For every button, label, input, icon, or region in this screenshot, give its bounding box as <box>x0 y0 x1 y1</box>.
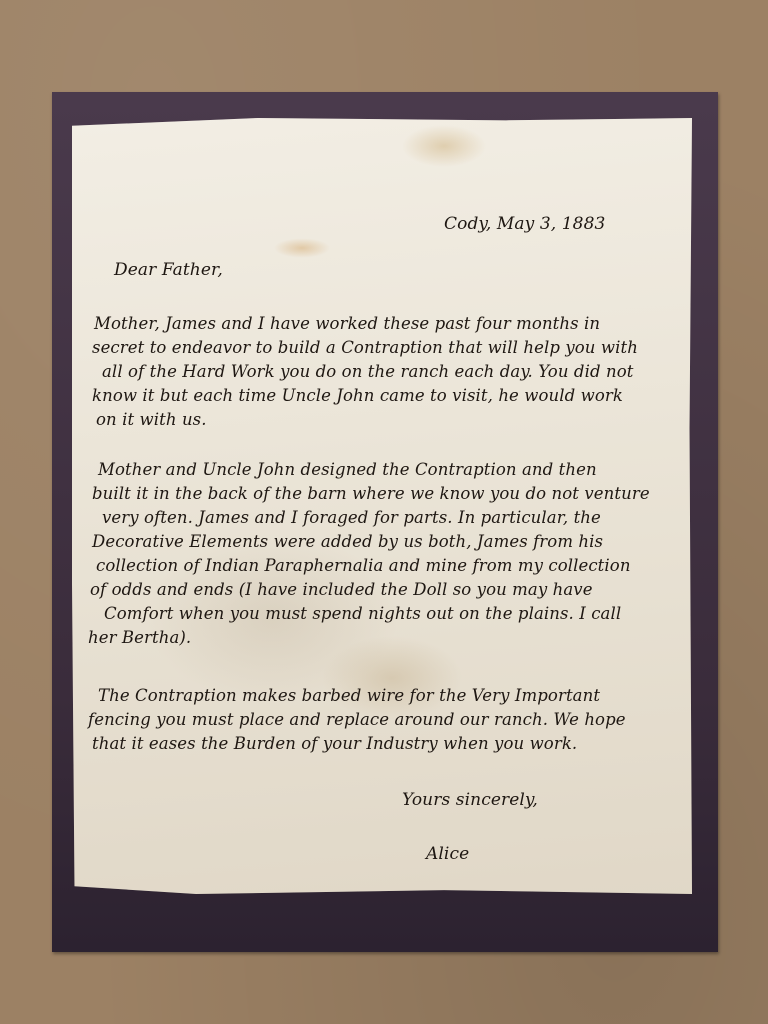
paragraph-3-line-3: that it eases the Burden of your Industr… <box>92 734 577 753</box>
paragraph-2-line-1: Mother and Uncle John designed the Contr… <box>98 460 597 479</box>
paragraph-2-line-4: Decorative Elements were added by us bot… <box>92 532 603 551</box>
paragraph-2-line-5: collection of Indian Paraphernalia and m… <box>96 556 631 575</box>
paragraph-2-line-6: of odds and ends (I have included the Do… <box>90 580 593 599</box>
paragraph-3-line-2: fencing you must place and replace aroun… <box>88 710 626 729</box>
paragraph-2-line-8: her Bertha). <box>88 628 191 647</box>
paragraph-2-line-7: Comfort when you must spend nights out o… <box>104 604 621 623</box>
letter-closing: Yours sincerely, <box>402 790 538 810</box>
paragraph-1-line-2: secret to endeavor to build a Contraptio… <box>92 338 638 357</box>
letter-dateline: Cody, May 3, 1883 <box>444 214 605 234</box>
paragraph-1-line-5: on it with us. <box>96 410 207 429</box>
paragraph-2-line-2: built it in the back of the barn where w… <box>92 484 650 503</box>
letter-signature: Alice <box>426 844 469 864</box>
paragraph-1-line-4: know it but each time Uncle John came to… <box>92 386 623 405</box>
paragraph-1-line-1: Mother, James and I have worked these pa… <box>94 314 600 333</box>
paragraph-2-line-3: very often. James and I foraged for part… <box>102 508 601 527</box>
paragraph-3-line-1: The Contraption makes barbed wire for th… <box>98 686 600 705</box>
paragraph-1-line-3: all of the Hard Work you do on the ranch… <box>102 362 633 381</box>
letter-paper: Cody, May 3, 1883 Dear Father, Mother, J… <box>72 118 692 894</box>
letter-salutation: Dear Father, <box>114 260 223 280</box>
